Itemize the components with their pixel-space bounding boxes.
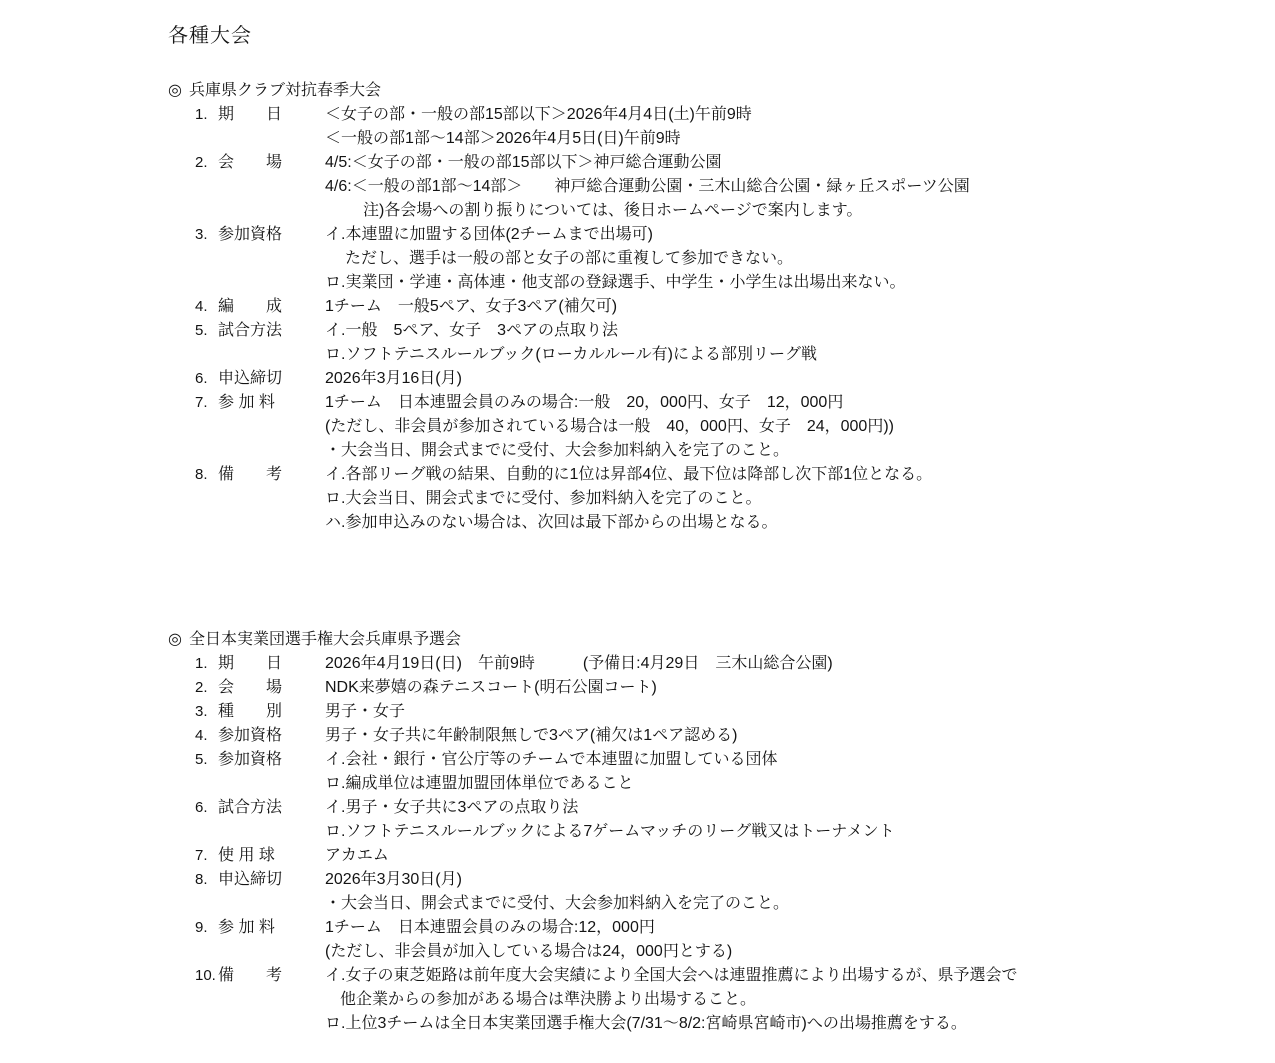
content-line: 4/6:＜一般の部1部～14部＞ 神戸総合運動公園・三木山総合公園・緑ヶ丘スポー… <box>325 175 970 199</box>
content-line: 男子・女子 <box>325 700 405 724</box>
item-row: 2.会 場4/5:＜女子の部・一般の部15部以下＞神戸総合運動公園4/6:＜一般… <box>195 151 1265 223</box>
item-label: 参加資格 <box>218 223 325 295</box>
content-line: イ.会社・銀行・官公庁等のチームで本連盟に加盟している団体 <box>325 748 777 772</box>
item-label: 会 場 <box>218 676 325 700</box>
item-number: 5. <box>195 319 218 367</box>
item-label: 備 考 <box>218 964 325 1036</box>
item-content: イ.女子の東芝姫路は前年度大会実績により全国大会へは連盟推薦により出場するが、県… <box>325 964 1017 1036</box>
item-label: 期 日 <box>218 652 325 676</box>
content-line: ロ.編成単位は連盟加盟団体単位であること <box>325 772 777 796</box>
item-label: 会 場 <box>218 151 325 223</box>
tournament-section: ◎全日本実業団選手権大会兵庫県予選会1.期 日2026年4月19日(日) 午前9… <box>168 627 1265 1036</box>
item-number: 8. <box>195 463 218 535</box>
item-number: 10. <box>195 964 218 1036</box>
item-number: 7. <box>195 844 218 868</box>
content-line: ロ.実業団・学連・高体連・他支部の登録選手、中学生・小学生は出場出来ない。 <box>325 271 905 295</box>
content-line: ・大会当日、開会式までに受付、大会参加料納入を完了のこと。 <box>325 439 894 463</box>
item-number: 6. <box>195 796 218 844</box>
double-circle-marker: ◎ <box>168 631 182 648</box>
item-content: イ.本連盟に加盟する団体(2チームまで出場可)ただし、選手は一般の部と女子の部に… <box>325 223 905 295</box>
item-number: 8. <box>195 868 218 916</box>
content-line: イ.各部リーグ戦の結果、自動的に1位は昇部4位、最下位は降部し次下部1位となる。 <box>325 463 932 487</box>
item-number: 4. <box>195 295 218 319</box>
content-line: イ.男子・女子共に3ペアの点取り法 <box>325 796 895 820</box>
section-title: 全日本実業団選手権大会兵庫県予選会 <box>189 631 461 648</box>
tournament-section: ◎兵庫県クラブ対抗春季大会1.期 日＜女子の部・一般の部15部以下＞2026年4… <box>168 78 1265 535</box>
item-row: 8.備 考イ.各部リーグ戦の結果、自動的に1位は昇部4位、最下位は降部し次下部1… <box>195 463 1265 535</box>
item-label: 申込締切 <box>218 367 325 391</box>
item-row: 6.試合方法イ.男子・女子共に3ペアの点取り法ロ.ソフトテニスルールブックによる… <box>195 796 1265 844</box>
item-number: 7. <box>195 391 218 463</box>
content-line: アカエム <box>325 844 389 868</box>
content-line: ＜女子の部・一般の部15部以下＞2026年4月4日(土)午前9時 <box>325 103 752 127</box>
content-line: ロ.大会当日、開会式までに受付、参加料納入を完了のこと。 <box>325 487 932 511</box>
item-number: 6. <box>195 367 218 391</box>
item-number: 5. <box>195 748 218 796</box>
content-line: イ.本連盟に加盟する団体(2チームまで出場可) <box>325 223 905 247</box>
content-line: イ.女子の東芝姫路は前年度大会実績により全国大会へは連盟推薦により出場するが、県… <box>325 964 1017 988</box>
item-row: 1.期 日2026年4月19日(日) 午前9時 (予備日:4月29日 三木山総合… <box>195 652 1265 676</box>
item-label: 参 加 料 <box>218 391 325 463</box>
item-row: 3.参加資格イ.本連盟に加盟する団体(2チームまで出場可)ただし、選手は一般の部… <box>195 223 1265 295</box>
item-label: 参 加 料 <box>218 916 325 964</box>
content-line: 2026年3月16日(月) <box>325 367 462 391</box>
item-content: NDK来夢嬉の森テニスコート(明石公園コート) <box>325 676 657 700</box>
content-line: ・大会当日、開会式までに受付、大会参加料納入を完了のこと。 <box>325 892 789 916</box>
item-row: 5.参加資格イ.会社・銀行・官公庁等のチームで本連盟に加盟している団体ロ.編成単… <box>195 748 1265 796</box>
content-line: NDK来夢嬉の森テニスコート(明石公園コート) <box>325 676 657 700</box>
item-number: 3. <box>195 223 218 295</box>
item-content: アカエム <box>325 844 389 868</box>
content-line: ハ.参加申込みのない場合は、次回は最下部からの出場となる。 <box>325 511 932 535</box>
item-label: 申込締切 <box>218 868 325 916</box>
document-page: 各種大会 ◎兵庫県クラブ対抗春季大会1.期 日＜女子の部・一般の部15部以下＞2… <box>0 0 1275 1036</box>
item-content: イ.会社・銀行・官公庁等のチームで本連盟に加盟している団体ロ.編成単位は連盟加盟… <box>325 748 777 796</box>
item-label: 参加資格 <box>218 748 325 796</box>
item-number: 3. <box>195 700 218 724</box>
item-label: 種 別 <box>218 700 325 724</box>
item-row: 8.申込締切2026年3月30日(月)・大会当日、開会式までに受付、大会参加料納… <box>195 868 1265 916</box>
content-line: ロ.ソフトテニスルールブック(ローカルルール有)による部別リーグ戦 <box>325 343 817 367</box>
item-number: 2. <box>195 151 218 223</box>
item-content: 1チーム 日本連盟会員のみの場合:一般 20，000円、女子 12，000円(た… <box>325 391 894 463</box>
content-line: 1チーム 日本連盟会員のみの場合:12，000円 <box>325 916 732 940</box>
item-label: 編 成 <box>218 295 325 319</box>
item-row: 6.申込締切2026年3月16日(月) <box>195 367 1265 391</box>
item-number: 2. <box>195 676 218 700</box>
item-row: 4.参加資格男子・女子共に年齢制限無しで3ペア(補欠は1ペア認める) <box>195 724 1265 748</box>
item-number: 9. <box>195 916 218 964</box>
item-content: 2026年3月16日(月) <box>325 367 462 391</box>
item-row: 3.種 別男子・女子 <box>195 700 1265 724</box>
item-label: 参加資格 <box>218 724 325 748</box>
item-label: 試合方法 <box>218 796 325 844</box>
item-row: 7.参 加 料1チーム 日本連盟会員のみの場合:一般 20，000円、女子 12… <box>195 391 1265 463</box>
item-row: 2.会 場NDK来夢嬉の森テニスコート(明石公園コート) <box>195 676 1265 700</box>
item-content: イ.一般 5ペア、女子 3ペアの点取り法ロ.ソフトテニスルールブック(ローカルル… <box>325 319 817 367</box>
content-line: 2026年4月19日(日) 午前9時 (予備日:4月29日 三木山総合公園) <box>325 652 833 676</box>
item-label: 備 考 <box>218 463 325 535</box>
content-line: 男子・女子共に年齢制限無しで3ペア(補欠は1ペア認める) <box>325 724 737 748</box>
item-label: 使 用 球 <box>218 844 325 868</box>
content-line: ＜一般の部1部～14部＞2026年4月5日(日)午前9時 <box>325 127 752 151</box>
item-number: 1. <box>195 103 218 151</box>
item-content: 1チーム 日本連盟会員のみの場合:12，000円(ただし、非会員が加入している場… <box>325 916 732 964</box>
item-content: ＜女子の部・一般の部15部以下＞2026年4月4日(土)午前9時＜一般の部1部～… <box>325 103 752 151</box>
content-line: イ.一般 5ペア、女子 3ペアの点取り法 <box>325 319 817 343</box>
item-content: 2026年3月30日(月)・大会当日、開会式までに受付、大会参加料納入を完了のこ… <box>325 868 789 916</box>
item-content: イ.男子・女子共に3ペアの点取り法ロ.ソフトテニスルールブックによる7ゲームマッ… <box>325 796 895 844</box>
item-number: 1. <box>195 652 218 676</box>
item-row: 1.期 日＜女子の部・一般の部15部以下＞2026年4月4日(土)午前9時＜一般… <box>195 103 1265 151</box>
content-line: 1チーム 日本連盟会員のみの場合:一般 20，000円、女子 12，000円 <box>325 391 894 415</box>
content-line: 4/5:＜女子の部・一般の部15部以下＞神戸総合運動公園 <box>325 151 970 175</box>
item-content: 男子・女子 <box>325 700 405 724</box>
double-circle-marker: ◎ <box>168 82 182 99</box>
sections: ◎兵庫県クラブ対抗春季大会1.期 日＜女子の部・一般の部15部以下＞2026年4… <box>168 78 1265 1036</box>
content-line: ロ.ソフトテニスルールブックによる7ゲームマッチのリーグ戦又はトーナメント <box>325 820 895 844</box>
content-line: ロ.上位3チームは全日本実業団選手権大会(7/31～8/2:宮崎県宮崎市)への出… <box>325 1012 1017 1036</box>
item-row: 5.試合方法イ.一般 5ペア、女子 3ペアの点取り法ロ.ソフトテニスルールブック… <box>195 319 1265 367</box>
item-row: 10.備 考イ.女子の東芝姫路は前年度大会実績により全国大会へは連盟推薦により出… <box>195 964 1265 1036</box>
content-line: (ただし、非会員が加入している場合は24，000円とする) <box>325 940 732 964</box>
content-line: 2026年3月30日(月) <box>325 868 789 892</box>
item-content: 1チーム 一般5ペア、女子3ペア(補欠可) <box>325 295 617 319</box>
section-heading: ◎兵庫県クラブ対抗春季大会 <box>168 78 1265 103</box>
item-content: イ.各部リーグ戦の結果、自動的に1位は昇部4位、最下位は降部し次下部1位となる。… <box>325 463 932 535</box>
item-row: 9.参 加 料1チーム 日本連盟会員のみの場合:12，000円(ただし、非会員が… <box>195 916 1265 964</box>
item-label: 試合方法 <box>218 319 325 367</box>
section-title: 兵庫県クラブ対抗春季大会 <box>189 82 381 99</box>
page-title: 各種大会 <box>168 25 1265 47</box>
item-content: 4/5:＜女子の部・一般の部15部以下＞神戸総合運動公園4/6:＜一般の部1部～… <box>325 151 970 223</box>
item-content: 2026年4月19日(日) 午前9時 (予備日:4月29日 三木山総合公園) <box>325 652 833 676</box>
content-line: 他企業からの参加がある場合は準決勝より出場すること。 <box>325 988 1017 1012</box>
item-row: 4.編 成1チーム 一般5ペア、女子3ペア(補欠可) <box>195 295 1265 319</box>
content-line: 1チーム 一般5ペア、女子3ペア(補欠可) <box>325 295 617 319</box>
item-number: 4. <box>195 724 218 748</box>
content-line: ただし、選手は一般の部と女子の部に重複して参加できない。 <box>325 247 905 271</box>
item-label: 期 日 <box>218 103 325 151</box>
item-row: 7.使 用 球アカエム <box>195 844 1265 868</box>
content-line: (ただし、非会員が参加されている場合は一般 40，000円、女子 24，000円… <box>325 415 894 439</box>
content-line: 注)各会場への割り振りについては、後日ホームページで案内します。 <box>325 199 970 223</box>
section-heading: ◎全日本実業団選手権大会兵庫県予選会 <box>168 627 1265 652</box>
item-content: 男子・女子共に年齢制限無しで3ペア(補欠は1ペア認める) <box>325 724 737 748</box>
